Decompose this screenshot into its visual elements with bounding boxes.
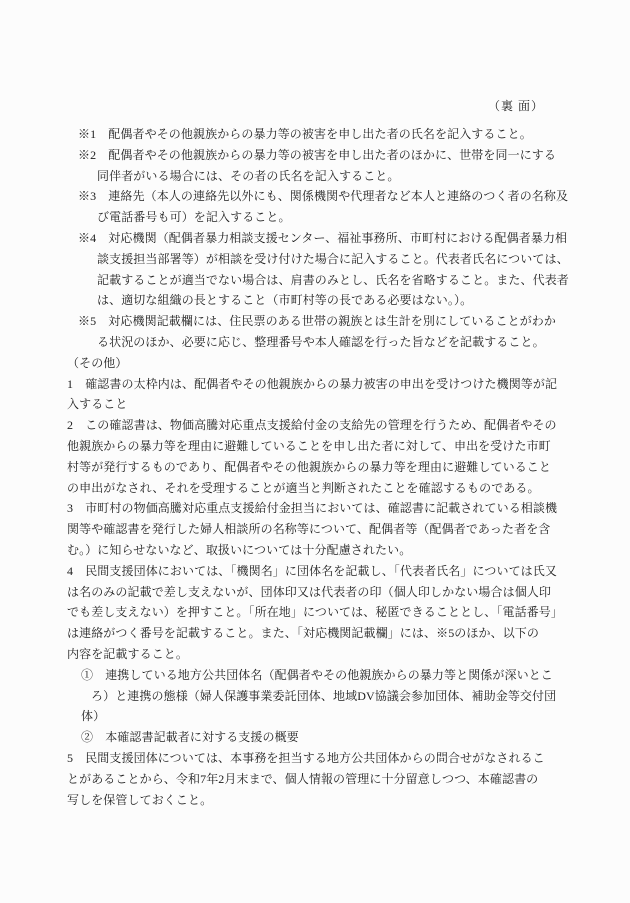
text-line: 1 確認書の太枠内は、配偶者やその他親族からの暴力被害の申出を受けつけた機関等が… xyxy=(0,374,630,395)
text-line: ※3 連絡先（本人の連絡先以外にも、関係機関や代理者など本人と連絡のつく者の名称… xyxy=(0,186,630,207)
document-page: （裏 面） ※1 配偶者やその他親族からの暴力等の被害を申し出た者の氏名を記入す… xyxy=(0,0,630,903)
text-line: 3 市町村の物価高騰対応重点支援給付金担当においては、確認書に記載されている相談… xyxy=(0,498,630,519)
text-line: 内容を記載すること。 xyxy=(0,644,630,665)
text-line: ろ）と連携の態様（婦人保護事業委託団体、地域DV協議会参加団体、補助金等交付団 xyxy=(0,686,630,707)
text-line: は名のみの記載で差し支えないが、団体印又は代表者の印（個人印しかない場合は個人印 xyxy=(0,582,630,603)
text-line: 村等が発行するものであり、配偶者やその他親族からの暴力等を理由に避難していること xyxy=(0,457,630,478)
text-line: ※1 配偶者やその他親族からの暴力等の被害を申し出た者の氏名を記入すること。 xyxy=(0,124,630,145)
text-line: ※5 対応機関記載欄には、住民票のある世帯の親族とは生計を別にしていることがわか xyxy=(0,311,630,332)
text-line: ※4 対応機関（配偶者暴力相談支援センター、福祉事務所、市町村における配偶者暴力… xyxy=(0,228,630,249)
text-line: 他親族からの暴力等を理由に避難していることを申し出た者に対して、申出を受けた市町 xyxy=(0,436,630,457)
text-line: とがあることから、令和7年2月末まで、個人情報の管理に十分留意しつつ、本確認書の xyxy=(0,769,630,790)
text-line: ① 連携している地方公共団体名（配偶者やその他親族からの暴力等と関係が深いとこ xyxy=(0,665,630,686)
text-line: 5 民間支援団体については、本事務を担当する地方公共団体からの問合せがなされるこ xyxy=(0,748,630,769)
text-line: は、適切な組織の長とすること（市町村等の長である必要はない。）。 xyxy=(0,290,630,311)
text-line: の申出がなされ、それを受理することが適当と判断されたことを確認するものである。 xyxy=(0,478,630,499)
text-line: は連絡がつく番号を記載すること。また、「対応機関記載欄」には、※5のほか、以下の xyxy=(0,623,630,644)
text-line: でも差し支えない）を押すこと。「所在地」については、秘匿できることとし、「電話番… xyxy=(0,602,630,623)
text-line: 4 民間支援団体においては、「機関名」に団体名を記載し、「代表者氏名」については… xyxy=(0,561,630,582)
text-line: 関等や確認書を発行した婦人相談所の名称等について、配偶者等（配偶者であった者を含 xyxy=(0,519,630,540)
text-line: び電話番号も可）を記入すること。 xyxy=(0,207,630,228)
text-line: 談支援担当部署等）が相談を受け付けた場合に記入すること。代表者氏名については、 xyxy=(0,249,630,270)
text-line: 入すること xyxy=(0,394,630,415)
text-line: （その他） xyxy=(0,353,630,374)
text-line: 記載することが適当でない場合は、肩書のみとし、氏名を省略すること。また、代表者 xyxy=(0,270,630,291)
text-line: む。）に知らせないなど、取扱いについては十分配慮されたい。 xyxy=(0,540,630,561)
page-side-label: （裏 面） xyxy=(0,96,544,117)
text-line: 同伴者がいる場合には、その者の氏名を記入すること。 xyxy=(0,166,630,187)
text-line: 2 この確認書は、物価高騰対応重点支援給付金の支給先の管理を行うため、配偶者やそ… xyxy=(0,415,630,436)
text-line: る状況のほか、必要に応じ、整理番号や本人確認を行った旨などを記載すること。 xyxy=(0,332,630,353)
text-line: 写しを保管しておくこと。 xyxy=(0,790,630,811)
text-line: ※2 配偶者やその他親族からの暴力等の被害を申し出た者のほかに、世帯を同一にする xyxy=(0,145,630,166)
text-line: ② 本確認書記載者に対する支援の概要 xyxy=(0,727,630,748)
document-body: ※1 配偶者やその他親族からの暴力等の被害を申し出た者の氏名を記入すること。※2… xyxy=(0,124,630,810)
text-line: 体） xyxy=(0,706,630,727)
